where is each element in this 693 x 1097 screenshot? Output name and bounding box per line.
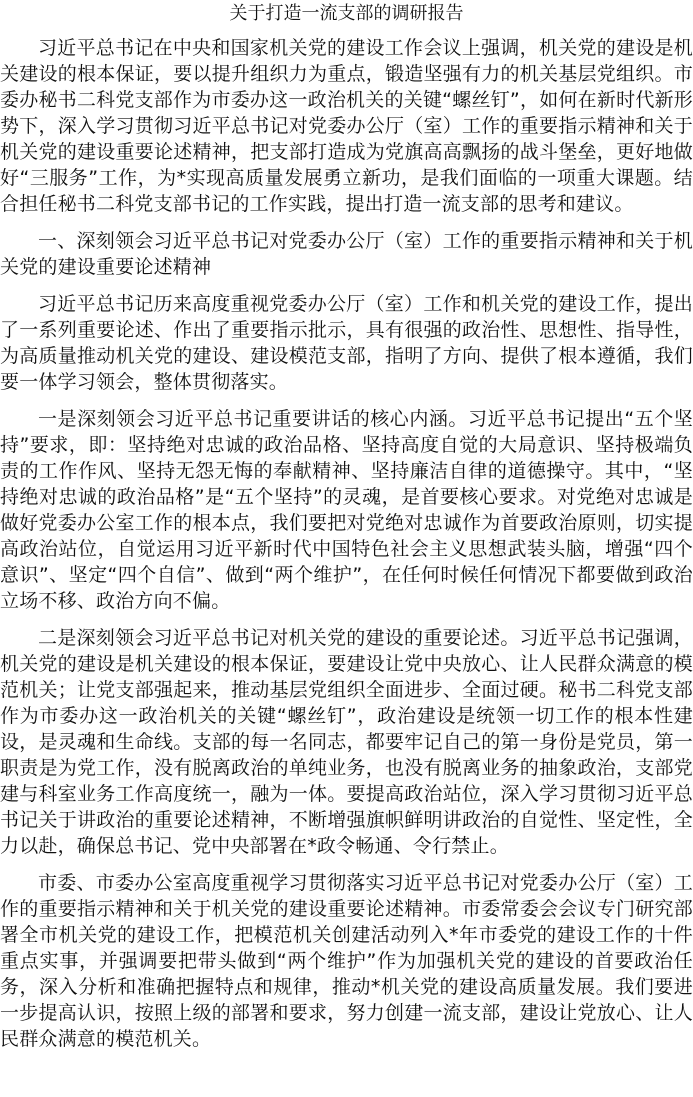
paragraph-intro: 习近平总书记在中央和国家机关党的建设工作会议上强调，机关党的建设是机关建设的根本… (0, 35, 693, 217)
paragraph-point-1: 一是深刻领会习近平总书记重要讲话的核心内涵。习近平总书记提出“五个坚持”要求，即… (0, 406, 693, 614)
paragraph-section-1-overview: 习近平总书记历来高度重视党委办公厅（室）工作和机关党的建设工作，提出了一系列重要… (0, 291, 693, 395)
section-heading-1: 一、深刻领会习近平总书记对党委办公厅（室）工作的重要指示精神和关于机关党的建设重… (0, 228, 693, 280)
paragraph-point-2: 二是深刻领会习近平总书记对机关党的建设的重要论述。习近平总书记强调，机关党的建设… (0, 625, 693, 859)
document-title: 关于打造一流支部的调研报告 (0, 0, 693, 26)
document: 关于打造一流支部的调研报告 习近平总书记在中央和国家机关党的建设工作会议上强调，… (0, 0, 693, 1052)
paragraph-city-committee: 市委、市委办公室高度重视学习贯彻落实习近平总书记对党委办公厅（室）工作的重要指示… (0, 870, 693, 1052)
